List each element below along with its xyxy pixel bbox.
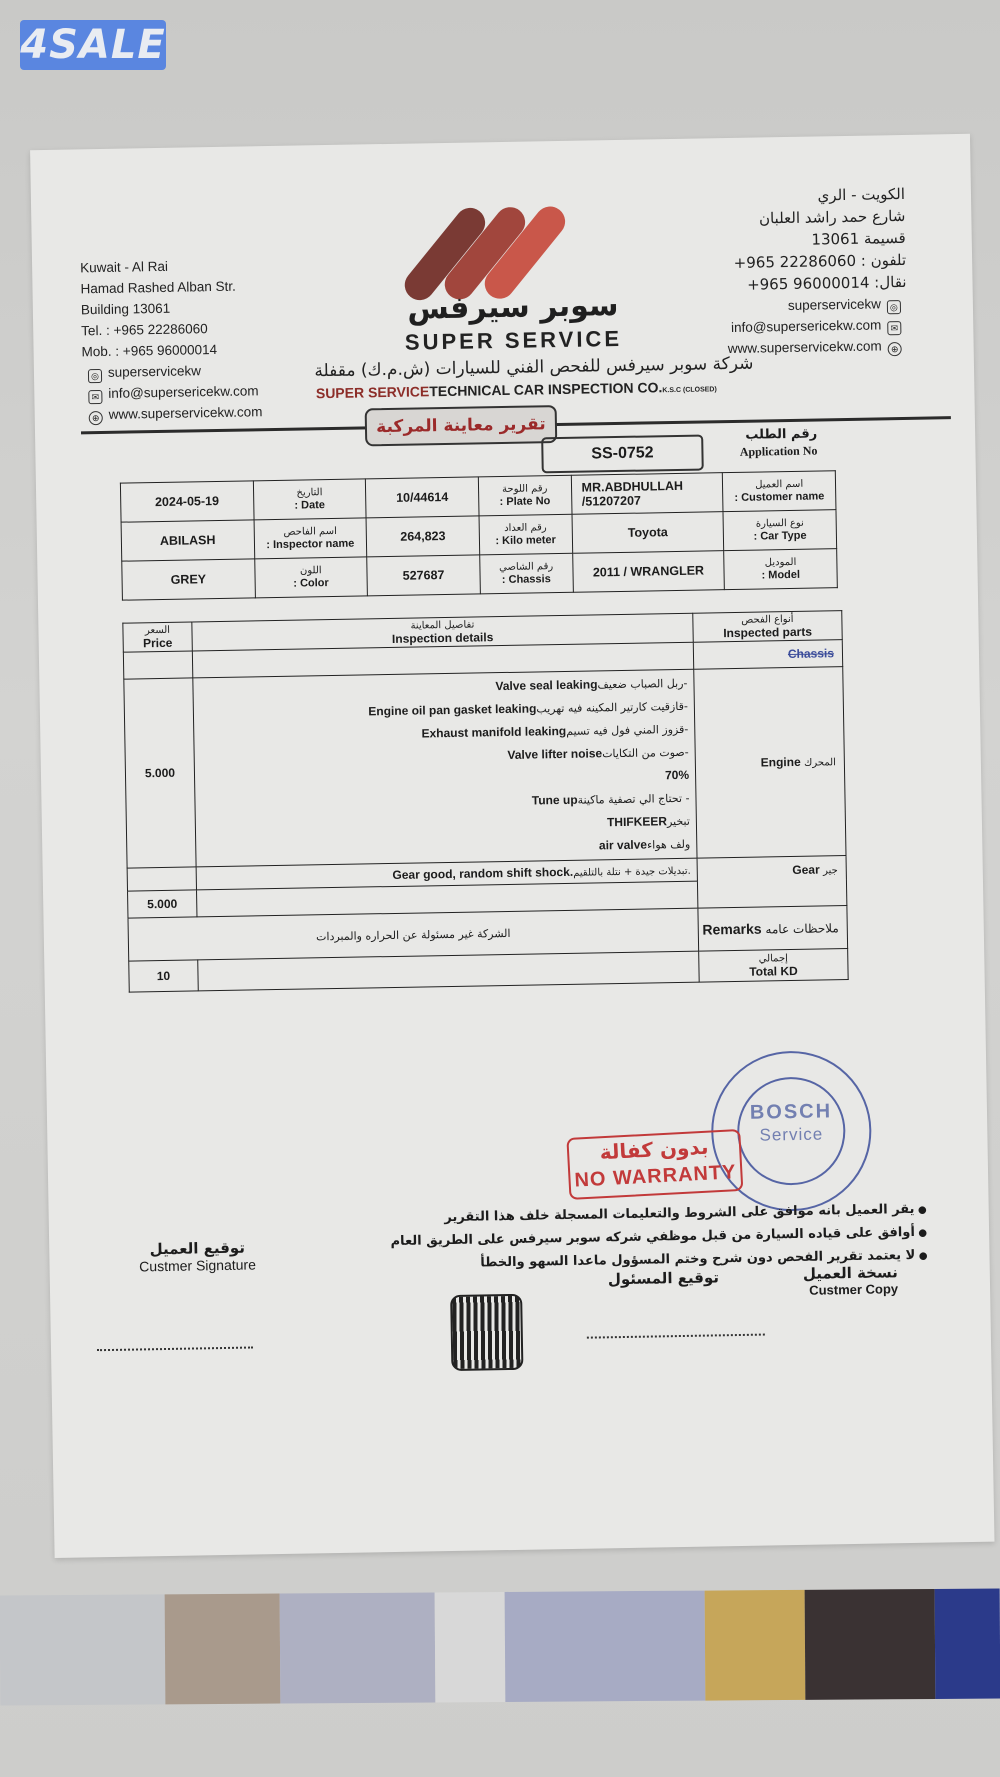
instagram-icon: ◎ (88, 369, 102, 383)
kilometer-label: رقم العداد: Kilo meter (479, 514, 572, 555)
inspection-report-sheet: Kuwait - Al Rai Hamad Rashed Alban Str. … (30, 134, 994, 1558)
instagram-handle: superservicekw (108, 363, 201, 380)
customer-value: MR.ABDHULLAH /51207207 (571, 473, 723, 515)
brand-name-en: SUPER SERVICE (363, 325, 663, 356)
gear-price: 5.000 (128, 890, 197, 918)
chassis-value: 527687 (367, 555, 480, 596)
telephone-ar: تلفون : 22286060 965+ (726, 249, 906, 274)
customer-signature-label: توقيع العميل Custmer Signature (127, 1238, 268, 1274)
company-logo (389, 202, 611, 296)
engine-details: Valve seal leakingربل الصباب ضعيف- Engin… (193, 669, 697, 867)
address-line-ar: الكويت - الري (725, 183, 905, 208)
chassis-price (123, 651, 192, 679)
kilometer-value: 264,823 (366, 516, 479, 557)
website: www.superservicekw.com (109, 404, 263, 422)
inspection-table: السعرPrice تفاصيل المعاينةInspection det… (122, 610, 848, 993)
model-label: الموديل: Model (724, 549, 837, 590)
photo-strip-footer (0, 1589, 1000, 1706)
date-value: 2024-05-19 (120, 481, 253, 522)
plate-value: 10/44614 (366, 477, 479, 518)
car-type-label: نوع السيارة: Car Type (723, 510, 836, 551)
application-number: SS-0752 (541, 434, 704, 473)
responsible-signature-label: توقيع المسئول (608, 1268, 719, 1288)
date-label: التاريخ: Date (253, 479, 366, 520)
chassis-part-crossed: Chassis (693, 640, 842, 670)
inspector-label: اسم الفاحص: Inspector name (254, 518, 367, 559)
vehicle-info-table: 2024-05-19 التاريخ: Date 10/44614 رقم ال… (120, 470, 838, 600)
instagram-handle: superservicekw (788, 296, 881, 313)
color-value: GREY (122, 559, 255, 600)
address-line: Hamad Rashed Alban Str. (80, 275, 260, 299)
address-line-ar: قسيمة 13061 (726, 227, 906, 252)
plate-label: رقم اللوحة: Plate No (478, 475, 571, 516)
customer-signature-line (97, 1346, 253, 1351)
inspector-value: ABILASH (121, 520, 254, 561)
email: info@supersericekw.com (731, 317, 882, 335)
parts-header: أنواع الفحصInspected parts (693, 611, 842, 643)
globe-icon: ⊕ (888, 342, 902, 356)
color-label: اللون: Color (254, 557, 367, 598)
gear-price-top (127, 867, 196, 891)
chassis-label: رقم الشاصي: Chassis (480, 553, 573, 594)
car-type-value: Toyota (572, 512, 724, 554)
instagram-icon: ◎ (887, 300, 901, 314)
mobile-ar: نقال: 96000014 965+ (727, 271, 907, 296)
address-line-ar: شارع حمد راشد العلبان (725, 205, 905, 230)
total-value: 10 (129, 960, 199, 992)
customer-label: اسم العميل: Customer name (723, 471, 836, 512)
email-icon: ✉ (88, 390, 102, 404)
report-title: تقرير معاينة المركبة (365, 405, 558, 446)
table-row: 5.000 Valve seal leakingربل الصباب ضعيف-… (124, 667, 846, 869)
qr-code (450, 1294, 523, 1371)
company-full-name-ar: شركة سوبر سيرفس للفحص الفني للسيارات (ش.… (314, 354, 754, 382)
no-warranty-stamp: بدون كفالة NO WARRANTY (566, 1129, 743, 1200)
total-label: إجماليTotal KD (699, 949, 849, 983)
email-icon: ✉ (887, 321, 901, 335)
address-english: Kuwait - Al Rai Hamad Rashed Alban Str. … (80, 254, 263, 425)
price-header: السعرPrice (123, 622, 192, 652)
responsible-signature-line (587, 1334, 765, 1339)
address-arabic: الكويت - الري شارع حمد راشد العلبان قسيم… (725, 183, 908, 359)
gear-part: Gear جير (697, 856, 847, 909)
company-full-name-en: SUPER SERVICETECHNICAL CAR INSPECTION CO… (266, 377, 766, 402)
engine-part: Engine المحرك (694, 667, 846, 859)
email: info@supersericekw.com (108, 383, 259, 401)
remarks-label: Remarks ملاحظات عامه (698, 906, 848, 952)
engine-price: 5.000 (124, 678, 196, 868)
application-label: رقم الطلب Application No (717, 427, 818, 461)
4sale-watermark: 4SALE (20, 20, 166, 70)
brand-name-ar: سوبر سيرفس (363, 287, 664, 327)
customer-copy-label: نسخة العميل Custmer Copy (798, 1263, 899, 1298)
model-value: 2011 / WRANGLER (572, 551, 724, 593)
globe-icon: ⊕ (89, 411, 103, 425)
